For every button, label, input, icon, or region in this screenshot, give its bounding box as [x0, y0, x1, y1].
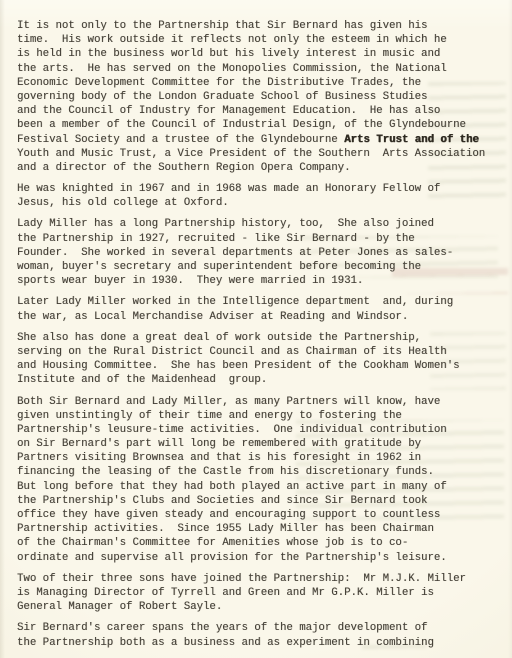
text-line: She also has done a great deal of work o… [17, 331, 500, 345]
text-line: and a director of the Southern Region Op… [17, 161, 500, 175]
text-segment: Partnership activities. Since 1955 Lady … [17, 523, 434, 535]
text-segment: sports wear buyer in 1930. They were mar… [17, 275, 363, 287]
text-line: Both Sir Bernard and Lady Miller, as man… [17, 395, 500, 409]
text-segment: given unstintingly of their time and ene… [17, 410, 402, 422]
paragraph: Later Lady Miller worked in the Intellig… [17, 295, 500, 323]
text-line: governing body of the London Graduate Sc… [17, 90, 500, 104]
text-segment: been a member of the Council of Industri… [17, 119, 466, 131]
text-segment: ordinate and supervise all provision for… [17, 552, 447, 564]
text-line: Partnership's leusure-time activities. O… [17, 423, 500, 437]
paragraph: Both Sir Bernard and Lady Miller, as man… [17, 395, 500, 565]
text-segment: the Partnership both as a business and a… [17, 637, 434, 649]
text-segment: Youth and Music Trust, a Vice President … [17, 148, 485, 160]
text-segment: Partnership's leusure-time activities. O… [17, 424, 447, 436]
document-body: It is not only to the Partnership that S… [17, 19, 500, 657]
text-line: Institute and of the Maidenhead group. [17, 373, 500, 387]
paragraph: Two of their three sons have joined the … [17, 572, 500, 615]
text-segment: on Sir Bernard's part will long be remem… [17, 438, 421, 450]
text-segment: She also has done a great deal of work o… [17, 332, 421, 344]
text-segment: the Partnership in 1927, recruited - lik… [17, 233, 415, 245]
text-segment: He was knighted in 1967 and in 1968 was … [17, 183, 440, 195]
emphasized-text: Arts Trust and of the [344, 134, 479, 146]
paragraph: Lady Miller has a long Partnership histo… [17, 217, 500, 288]
text-line: General Manager of Robert Sayle. [17, 600, 500, 614]
text-segment: is Managing Director of Tyrrell and Gree… [17, 587, 434, 599]
text-line: on Sir Bernard's part will long be remem… [17, 437, 500, 451]
text-segment: governing body of the London Graduate Sc… [17, 91, 427, 103]
text-line: the Partnership both as a business and a… [17, 636, 500, 650]
text-line: given unstintingly of their time and ene… [17, 409, 500, 423]
text-line: But long before that they had both playe… [17, 480, 500, 494]
text-line: is held in the business world but his li… [17, 47, 500, 61]
text-line: the war, as Local Merchandise Adviser at… [17, 310, 500, 324]
text-segment: of the Chairman's Committee for Amenitie… [17, 537, 408, 549]
text-line: of the Chairman's Committee for Amenitie… [17, 536, 500, 550]
text-segment: serving on the Rural District Council an… [17, 346, 447, 358]
paragraph: He was knighted in 1967 and in 1968 was … [17, 182, 500, 210]
text-segment: financing the leasing of the Castle from… [17, 466, 434, 478]
text-segment: Later Lady Miller worked in the Intellig… [17, 296, 453, 308]
text-line: time. His work outside it reflects not o… [17, 33, 500, 47]
text-line: the Partnership in 1927, recruited - lik… [17, 232, 500, 246]
text-segment: Festival Society and a trustee of the Gl… [17, 134, 344, 146]
text-line: Two of their three sons have joined the … [17, 572, 500, 586]
text-segment: and a director of the Southern Region Op… [17, 162, 351, 174]
text-segment: is held in the business world but his li… [17, 48, 440, 60]
paragraph: She also has done a great deal of work o… [17, 331, 500, 388]
paragraph: Sir Bernard's career spans the years of … [17, 621, 500, 649]
text-segment: the Partnership's Clubs and Societies an… [17, 495, 427, 507]
text-line: Jesus, his old college at Oxford. [17, 196, 500, 210]
text-line: Lady Miller has a long Partnership histo… [17, 217, 500, 231]
text-line: been a member of the Council of Industri… [17, 118, 500, 132]
text-line: Later Lady Miller worked in the Intellig… [17, 295, 500, 309]
text-segment: woman, buyer's secretary and superintend… [17, 261, 421, 273]
text-segment: the arts. He has served on the Monopolie… [17, 63, 447, 75]
text-line: the Partnership's Clubs and Societies an… [17, 494, 500, 508]
text-segment: Two of their three sons have joined the … [17, 573, 466, 585]
text-segment: Jesus, his old college at Oxford. [17, 197, 229, 209]
text-line: Economic Development Committee for the D… [17, 76, 500, 90]
text-segment: But long before that they had both playe… [17, 481, 447, 493]
text-segment: Lady Miller has a long Partnership histo… [17, 218, 434, 230]
paragraph: It is not only to the Partnership that S… [17, 19, 500, 175]
text-line: the arts. He has served on the Monopolie… [17, 62, 500, 76]
text-segment: office they have given steady and encour… [17, 509, 440, 521]
text-line: office they have given steady and encour… [17, 508, 500, 522]
text-line: Sir Bernard's career spans the years of … [17, 621, 500, 635]
text-segment: Both Sir Bernard and Lady Miller, as man… [17, 396, 440, 408]
text-segment: Institute and of the Maidenhead group. [17, 374, 267, 386]
text-line: Festival Society and a trustee of the Gl… [17, 133, 500, 147]
text-line: Partners visiting Brownsea and that is h… [17, 451, 500, 465]
document-page: It is not only to the Partnership that S… [0, 0, 512, 658]
text-line: He was knighted in 1967 and in 1968 was … [17, 182, 500, 196]
text-segment: the war, as Local Merchandise Adviser at… [17, 311, 408, 323]
text-line: Youth and Music Trust, a Vice President … [17, 147, 500, 161]
text-line: ordinate and supervise all provision for… [17, 551, 500, 565]
text-segment: Economic Development Committee for the D… [17, 77, 421, 89]
text-line: Partnership activities. Since 1955 Lady … [17, 522, 500, 536]
text-segment: and the Council of Industry for Manageme… [17, 105, 440, 117]
text-line: It is not only to the Partnership that S… [17, 19, 500, 33]
text-segment: Founder. She worked in several departmen… [17, 247, 453, 259]
text-segment: time. His work outside it reflects not o… [17, 34, 447, 46]
text-line: Founder. She worked in several departmen… [17, 246, 500, 260]
text-segment: Partners visiting Brownsea and that is h… [17, 452, 421, 464]
text-line: is Managing Director of Tyrrell and Gree… [17, 586, 500, 600]
text-segment: Sir Bernard's career spans the years of … [17, 622, 427, 634]
text-line: serving on the Rural District Council an… [17, 345, 500, 359]
text-line: sports wear buyer in 1930. They were mar… [17, 274, 500, 288]
text-segment: and Housing Committee. She has been Pres… [17, 360, 460, 372]
text-line: and Housing Committee. She has been Pres… [17, 359, 500, 373]
text-segment: It is not only to the Partnership that S… [17, 20, 427, 32]
text-line: and the Council of Industry for Manageme… [17, 104, 500, 118]
text-segment: General Manager of Robert Sayle. [17, 601, 222, 613]
text-line: financing the leasing of the Castle from… [17, 465, 500, 479]
text-line: woman, buyer's secretary and superintend… [17, 260, 500, 274]
